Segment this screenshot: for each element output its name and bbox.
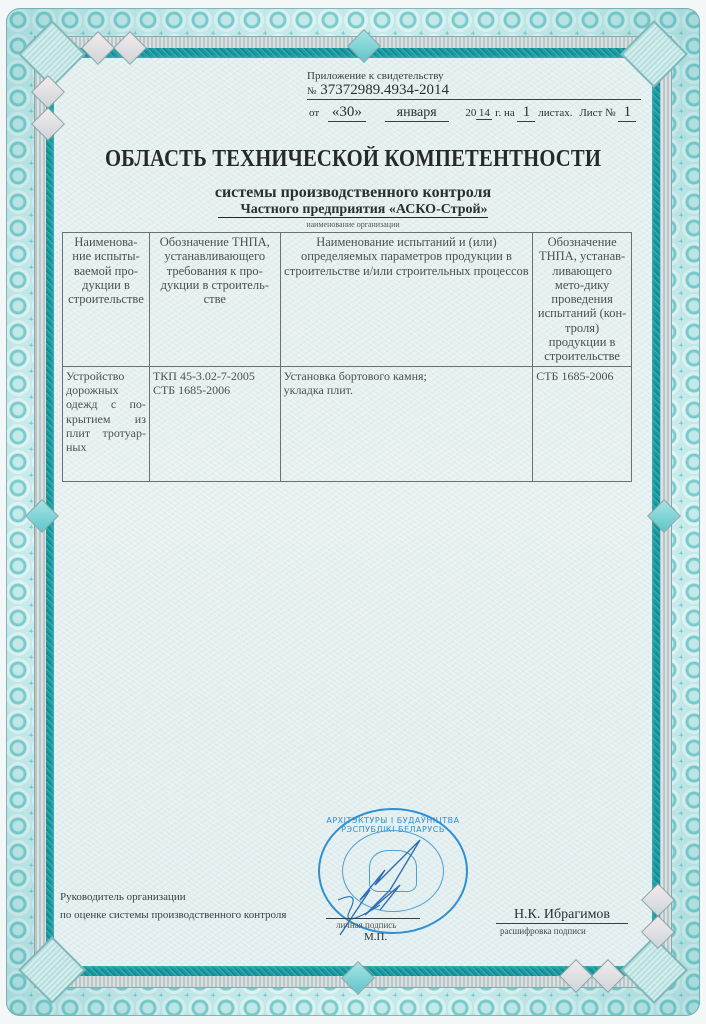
signature-line [326,918,420,919]
column-header-method-standard: Обозначение ТНПА, устанав-ливающего мето… [533,233,632,367]
date-day: «30» [328,104,366,122]
certificate-number-row: № 37372989.4934-2014 [307,82,641,100]
document-title: ОБЛАСТЬ ТЕХНИЧЕСКОЙ КОМПЕТЕНТНОСТИ [49,146,656,173]
table-header-row: Наименова-ние испыты-ваемой про-дукции в… [63,233,632,367]
cell-requirements-standard: ТКП 45-3.02-7-2005 СТБ 1685-2006 [149,366,280,481]
cell-product: Устройство дорожных одежд с по-крытием и… [63,366,150,481]
sheets-label: листах. [538,107,572,119]
sheet-no-label: Лист № [579,107,615,119]
sheets-count: 1 [517,104,535,122]
date-prefix: от [309,107,319,119]
signer-name: Н.К. Ибрагимов [496,907,628,924]
cell-method-standard: СТБ 1685-2006 [533,366,632,481]
column-header-requirements-standard: Обозначение ТНПА, устанавливающего требо… [149,233,280,367]
year-suffix: 14 [476,107,492,120]
signer-caption: расшифровка подписи [500,926,586,936]
seal-label: М.П. [364,931,387,943]
annex-label: Приложение к свидетельству [307,70,444,82]
column-header-tests: Наименование испытаний и (или) определяе… [280,233,533,367]
organization-name-text: Частного предприятия «АСКО-Строй» [218,202,487,218]
head-label-line2: по оценке системы производственного конт… [60,909,286,921]
competence-table: Наименова-ние испыты-ваемой про-дукции в… [62,232,632,482]
date-month: января [385,105,449,122]
certificate-number: 37372989.4934-2014 [320,82,449,98]
number-prefix: № [307,86,317,97]
cell-tests: Установка бортового камня; укладка плит. [280,366,533,481]
organization-caption: наименование организации [0,220,706,229]
column-header-product: Наименова-ние испыты-ваемой про-дукции в… [63,233,150,367]
date-row: от «30» января 2014 г. на 1 листах. Лист… [309,104,636,122]
year-label: г. на [495,107,515,119]
document-subtitle: системы производственного контроля [0,184,706,202]
head-label-line1: Руководитель организации [60,891,186,903]
signature-caption: личная подпись [336,920,396,930]
table-row: Устройство дорожных одежд с по-крытием и… [63,366,632,481]
organization-name: Частного предприятия «АСКО-Строй» [0,202,706,218]
sheet-no: 1 [618,104,636,122]
year-prefix: 20 [465,107,476,119]
